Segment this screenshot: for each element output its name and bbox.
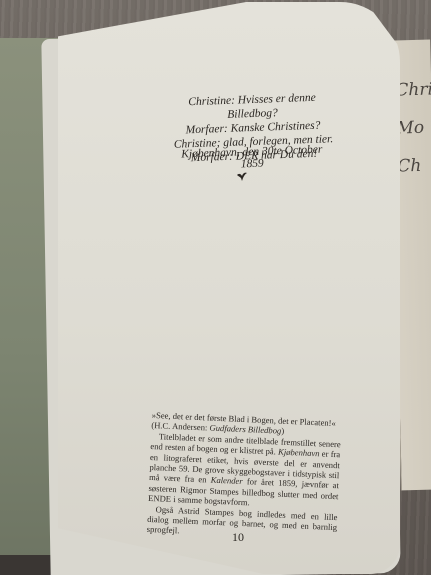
letter-fragment: Ch <box>397 156 421 177</box>
letter-fragment: Chri <box>395 79 431 100</box>
letter-fragment: Mo <box>396 118 424 139</box>
paragraph-1: Titelbladet er som andre titelblade frem… <box>148 431 341 512</box>
bird-ornament-icon <box>236 170 248 182</box>
commentary-notes: »See, det er det første Blad i Bogen, de… <box>147 410 342 543</box>
page-number: 10 <box>232 530 244 545</box>
